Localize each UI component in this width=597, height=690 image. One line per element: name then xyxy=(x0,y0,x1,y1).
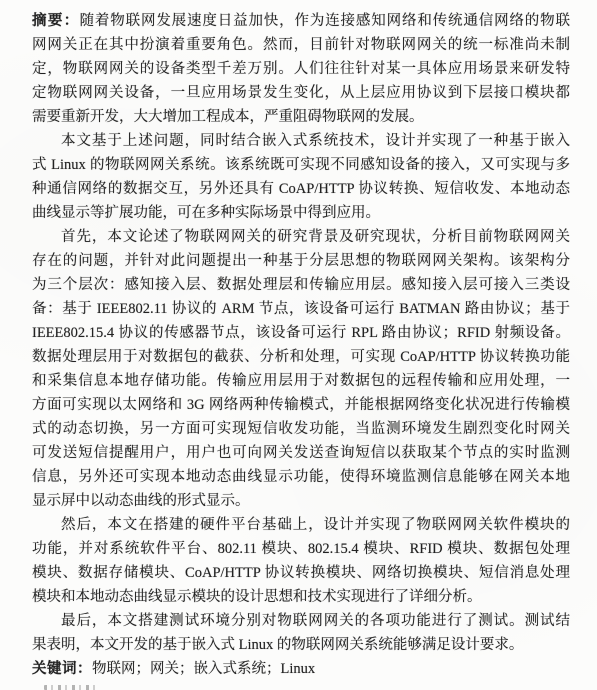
cut-off-next-line-fragment xyxy=(44,685,96,690)
text-line: 式的动态切换，另一方面可实现短信收发功能，当监测环境发生剧烈变化时网关 xyxy=(32,417,570,441)
text-line: 本文基于上述问题，同时结合嵌入式系统技术，设计并实现了一种基于嵌入 xyxy=(32,129,570,153)
text-line: 信息，另外还可实现本地动态曲线显示功能，使得环境监测信息能够在网关本地 xyxy=(32,465,570,489)
text-line: 和采集信息本地存储功能。传输应用层用于对数据包的远程传输和应用处理，一 xyxy=(32,369,570,393)
thesis-abstract-page: 摘要：随着物联网发展速度日益加快，作为连接感知网络和传统通信网络的物联网网关正在… xyxy=(0,0,597,690)
text-line: 种通信网络的数据交互，另外还具有 CoAP/HTTP 协议转换、短信收发、本地动… xyxy=(32,177,570,201)
keywords-line: 关键词：物联网；网关；嵌入式系统；Linux xyxy=(32,657,570,681)
text-line: 可发送短信提醒用户，用户也可向网关发送查询短信以获取某个节点的实时监测 xyxy=(32,441,570,465)
text-line: 存在的问题，并针对此问题提出一种基于分层思想的物联网网关架构。该架构分 xyxy=(32,249,570,273)
text-line: 为三个层次：感知接入层、数据处理层和传输应用层。感知接入层可接入三类设 xyxy=(32,273,570,297)
text-line: 然后，本文在搭建的硬件平台基础上，设计并实现了物联网网关软件模块的 xyxy=(32,513,570,537)
text-line: 方面可实现以太网络和 3G 网络两种传输模式，并能根据网络变化状况进行传输模 xyxy=(32,393,570,417)
text-line: 显示屏中以动态曲线的形式显示。 xyxy=(32,489,570,513)
text-line: IEEE802.15.4 协议的传感器节点，该设备可运行 RPL 路由协议；RF… xyxy=(32,321,570,345)
abstract-paragraph-intro: 摘要：随着物联网发展速度日益加快，作为连接感知网络和传统通信网络的物联网网关正在… xyxy=(32,9,570,129)
text-line: 摘要：随着物联网发展速度日益加快，作为连接感知网络和传统通信网络的物联 xyxy=(32,9,570,33)
abstract-body: 摘要：随着物联网发展速度日益加快，作为连接感知网络和传统通信网络的物联网网关正在… xyxy=(32,9,570,681)
abstract-paragraph-architecture: 首先，本文论述了物联网网关的研究背景及研究现状，分析目前物联网网关存在的问题，并… xyxy=(32,225,570,513)
text-line: 功能，并对系统软件平台、802.11 模块、802.15.4 模块、RFID 模… xyxy=(32,537,570,561)
text-line: 定，物联网网关的设备类型千差万别。人们往往针对某一具体应用场景来研发特 xyxy=(32,57,570,81)
text-line: 数据处理层用于对数据包的截获、分析和处理，可实现 CoAP/HTTP 协议转换功… xyxy=(32,345,570,369)
text-line: 最后，本文搭建测试环境分别对物联网网关的各项功能进行了测试。测试结 xyxy=(32,609,570,633)
abstract-label: 摘要： xyxy=(32,13,80,29)
text-line: 模块、数据存储模块、CoAP/HTTP 协议转换模块、网络切换模块、短信消息处理 xyxy=(32,561,570,585)
text-line: 定物联网网关设备，一旦应用场景发生变化，从上层应用协议到下层接口模块都 xyxy=(32,81,570,105)
keywords-label: 关键词： xyxy=(32,661,92,677)
text-line: 需要重新开发，大大增加工程成本，严重阻碍物联网的发展。 xyxy=(32,105,570,129)
text-line: 首先，本文论述了物联网网关的研究背景及研究现状，分析目前物联网网关 xyxy=(32,225,570,249)
text-line: 曲线显示等扩展功能，可在多种实际场景中得到应用。 xyxy=(32,201,570,225)
abstract-paragraph-modules: 然后，本文在搭建的硬件平台基础上，设计并实现了物联网网关软件模块的功能，并对系统… xyxy=(32,513,570,609)
abstract-paragraph-system-overview: 本文基于上述问题，同时结合嵌入式系统技术，设计并实现了一种基于嵌入式 Linux… xyxy=(32,129,570,225)
text-line: 果表明，本文开发的基于嵌入式 Linux 的物联网网关系统能够满足设计要求。 xyxy=(32,633,570,657)
text-line: 备：基于 IEEE802.11 协议的 ARM 节点，该设备可运行 BATMAN… xyxy=(32,297,570,321)
abstract-paragraph-testing: 最后，本文搭建测试环境分别对物联网网关的各项功能进行了测试。测试结果表明，本文开… xyxy=(32,609,570,657)
text-line: 式 Linux 的物联网网关系统。该系统既可实现不同感知设备的接入，又可实现与多 xyxy=(32,153,570,177)
text-line: 关键词：物联网；网关；嵌入式系统；Linux xyxy=(32,657,570,681)
text-line: 模块和本地动态曲线显示模块的设计思想和技术实现进行了详细分析。 xyxy=(32,585,570,609)
text-line: 网网关正在其中扮演着重要角色。然而，目前针对物联网网关的统一标准尚未制 xyxy=(32,33,570,57)
